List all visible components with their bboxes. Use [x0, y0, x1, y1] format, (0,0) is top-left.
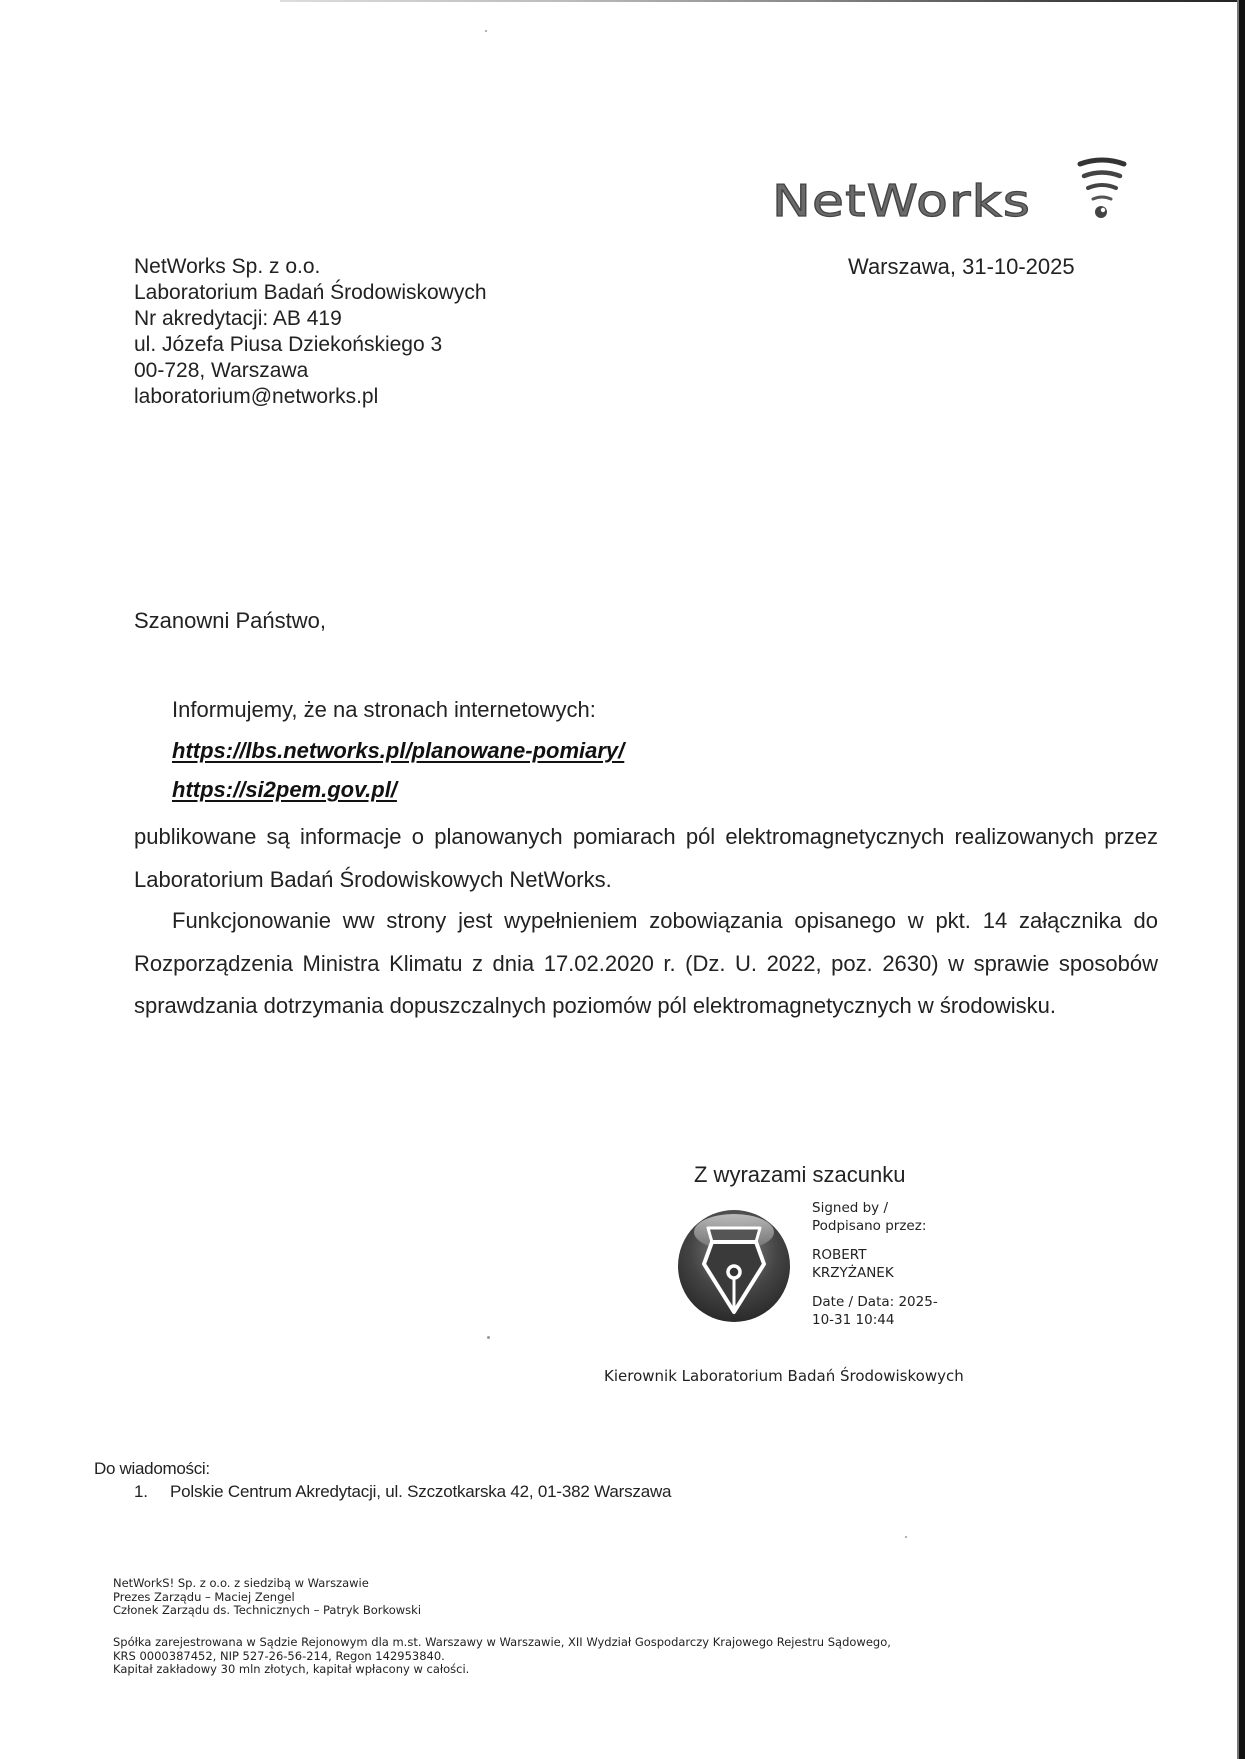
footer-share-capital: Kapitał zakładowy 30 mln złotych, kapita…: [113, 1663, 891, 1677]
footer-management: NetWorkS! Sp. z o.o. z siedzibą w Warsza…: [113, 1577, 421, 1618]
scan-edge-top: [280, 0, 1245, 2]
footer-registry-numbers: KRS 0000387452, NIP 527-26-56-214, Regon…: [113, 1650, 891, 1664]
letter-date: Warszawa, 31-10-2025: [848, 254, 1075, 280]
signed-by-label-en: Signed by /: [812, 1200, 938, 1218]
signer-last-name: KRZYŻANEK: [812, 1265, 938, 1283]
intro-text: Informujemy, że na stronach internetowyc…: [172, 697, 596, 723]
sender-address: NetWorks Sp. z o.o. Laboratorium Badań Ś…: [134, 254, 487, 410]
scan-speck: [487, 1336, 490, 1339]
link-planned-measurements[interactable]: https://lbs.networks.pl/planowane-pomiar…: [172, 738, 624, 764]
signature-date-value: 10-31 10:44: [812, 1312, 938, 1330]
cc-item-text: Polskie Centrum Akredytacji, ul. Szczotk…: [170, 1482, 671, 1501]
signer-first-name: ROBERT: [812, 1247, 938, 1265]
sender-email: laboratorium@networks.pl: [134, 384, 487, 410]
footer-registration: Spółka zarejestrowana w Sądzie Rejonowym…: [113, 1636, 891, 1677]
scan-edge-right: [1239, 0, 1245, 1759]
sender-company: NetWorks Sp. z o.o.: [134, 254, 487, 280]
fountain-pen-nib-icon: [672, 1200, 807, 1335]
sender-accreditation: Nr akredytacji: AB 419: [134, 306, 487, 332]
footer-court-registration: Spółka zarejestrowana w Sądzie Rejonowym…: [113, 1636, 891, 1650]
footer-president: Prezes Zarządu – Maciej Zengel: [113, 1591, 421, 1605]
logo-wordmark: NetWorks: [772, 176, 1031, 227]
footer-company-seat: NetWorkS! Sp. z o.o. z siedzibą w Warsza…: [113, 1577, 421, 1591]
signer-title: Kierownik Laboratorium Badań Środowiskow…: [604, 1367, 964, 1385]
greeting: Szanowni Państwo,: [134, 608, 326, 634]
link-si2pem[interactable]: https://si2pem.gov.pl/: [172, 777, 397, 803]
signed-by-label-pl: Podpisano przez:: [812, 1218, 938, 1236]
wifi-signal-icon: [1072, 154, 1132, 224]
cc-list-item: 1.Polskie Centrum Akredytacji, ul. Szczo…: [134, 1482, 671, 1502]
scan-speck: [905, 1536, 907, 1538]
body-paragraph-1: publikowane są informacje o planowanych …: [134, 816, 1158, 901]
body-paragraph-2: Funkcjonowanie ww strony jest wypełnieni…: [134, 900, 1158, 1028]
signature-date-label: Date / Data: 2025-: [812, 1294, 938, 1312]
cc-label: Do wiadomości:: [94, 1459, 210, 1479]
sender-city: 00-728, Warszawa: [134, 358, 487, 384]
cc-item-number: 1.: [134, 1482, 170, 1502]
sender-street: ul. Józefa Piusa Dziekońskiego 3: [134, 332, 487, 358]
digital-signature-info: Signed by / Podpisano przez: ROBERT KRZY…: [812, 1200, 938, 1329]
closing-salutation: Z wyrazami szacunku: [694, 1162, 906, 1188]
scan-speck: [485, 30, 487, 32]
footer-board-member: Członek Zarządu ds. Technicznych – Patry…: [113, 1604, 421, 1618]
sender-lab: Laboratorium Badań Środowiskowych: [134, 280, 487, 306]
company-logo: NetWorks: [772, 148, 1132, 228]
